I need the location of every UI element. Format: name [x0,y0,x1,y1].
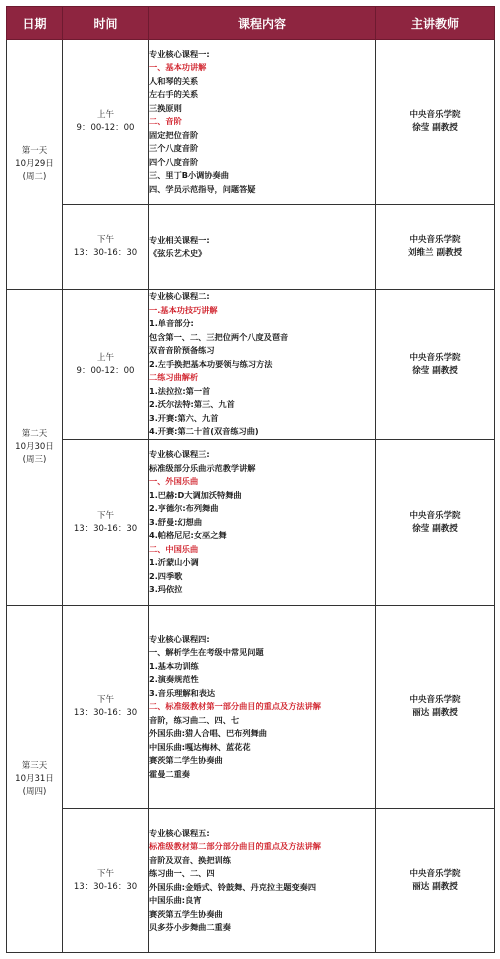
course-item: 赛茨第二学生协奏曲 [149,754,375,768]
course-item: 2.亨德尔:布列舞曲 [149,502,375,516]
section-heading: 二练习曲解析 [149,371,375,385]
content-cell: 专业核心课程五:标准级教材第二部分部分曲目的重点及方法讲解音阶及双音、换把训练练… [149,809,376,953]
time-range: 9：00-12：00 [63,365,148,378]
section-heading: 标准级教材第二部分部分曲目的重点及方法讲解 [149,840,375,854]
section-heading: 一、外国乐曲 [149,475,375,489]
session-row: 第二天 10月30日 (周三) 上午 9：00-12：00 专业核心课程二:一.… [7,290,495,440]
day-cell: 第二天 10月30日 (周三) [7,290,63,606]
course-title: 专业相关课程一: [149,234,375,248]
course-item: 2.演奏规范性 [149,673,375,687]
content-cell: 专业核心课程二:一.基本功技巧讲解1.单音部分:包含第一、二、三把位两个八度及琶… [149,290,376,440]
teacher-cell: 中央音乐学院 丽达 副教授 [376,809,495,953]
header-time: 时间 [63,7,149,40]
course-item: 霍曼二重奏 [149,768,375,782]
course-item: 贝多芬小步舞曲二重奏 [149,921,375,935]
period: 上午 [63,109,148,122]
teacher-cell: 中央音乐学院 徐莹 副教授 [376,40,495,205]
institution: 中央音乐学院 [376,109,494,122]
course-item: 固定把位音阶 [149,129,375,143]
time-range: 9：00-12：00 [63,122,148,135]
course-item: 外国乐曲:金婚式、铃鼓舞、丹克拉主题变奏四 [149,881,375,895]
period: 下午 [63,868,148,881]
course-item: 4.帕格尼尼:女巫之舞 [149,529,375,543]
session-row: 下午 13：30-16：30 专业相关课程一:《弦乐艺术史》 中央音乐学院 刘维… [7,205,495,290]
course-schedule-table: 日期 时间 课程内容 主讲教师 第一天 10月29日 (周二) 上午 9：00-… [6,6,495,953]
course-title: 专业核心课程三: [149,448,375,462]
course-item: 标准级部分乐曲示范教学讲解 [149,462,375,476]
teacher-name: 丽达 副教授 [376,881,494,894]
session-row: 下午 13：30-16：30 专业核心课程三:标准级部分乐曲示范教学讲解一、外国… [7,440,495,606]
course-item: 3.音乐理解和表达 [149,687,375,701]
day-weekday: (周二) [7,171,62,184]
time-cell: 下午 13：30-16：30 [63,606,149,809]
session-row: 第一天 10月29日 (周二) 上午 9：00-12：00 专业核心课程一:一、… [7,40,495,205]
course-item: 四个八度音阶 [149,156,375,170]
teacher-name: 丽达 副教授 [376,707,494,720]
teacher-cell: 中央音乐学院 丽达 副教授 [376,606,495,809]
course-item: 一、解析学生在考级中常见问题 [149,646,375,660]
teacher-name: 徐莹 副教授 [376,365,494,378]
course-item: 1.巴赫:D大调加沃特舞曲 [149,489,375,503]
time-cell: 下午 13：30-16：30 [63,205,149,290]
session-row: 第三天 10月31日 (周四) 下午 13：30-16：30 专业核心课程四:一… [7,606,495,809]
period: 下午 [63,510,148,523]
teacher-cell: 中央音乐学院 徐莹 副教授 [376,440,495,606]
institution: 中央音乐学院 [376,352,494,365]
header-content: 课程内容 [149,7,376,40]
section-heading: 二、标准级教材第一部分曲目的重点及方法讲解 [149,700,375,714]
time-cell: 上午 9：00-12：00 [63,40,149,205]
course-item: 赛茨第五学生协奏曲 [149,908,375,922]
time-cell: 下午 13：30-16：30 [63,440,149,606]
teacher-cell: 中央音乐学院 徐莹 副教授 [376,290,495,440]
section-heading: 二、音阶 [149,115,375,129]
content-cell: 专业核心课程四:一、解析学生在考级中常见问题1.基本功训练2.演奏规范性3.音乐… [149,606,376,809]
time-cell: 上午 9：00-12：00 [63,290,149,440]
course-title: 专业核心课程四: [149,633,375,647]
course-item: 包含第一、二、三把位两个八度及琶音 [149,331,375,345]
section-heading: 一.基本功技巧讲解 [149,304,375,318]
course-item: 中国乐曲:良宵 [149,894,375,908]
day-name: 第一天 [7,145,62,158]
institution: 中央音乐学院 [376,694,494,707]
teacher-name: 徐莹 副教授 [376,122,494,135]
course-item: 1.法拉拉:第一首 [149,385,375,399]
period: 下午 [63,694,148,707]
course-item: 《弦乐艺术史》 [149,247,375,261]
section-heading: 一、基本功讲解 [149,61,375,75]
day-date: 10月31日 [7,773,62,786]
day-weekday: (周四) [7,786,62,799]
course-item: 三个八度音阶 [149,142,375,156]
time-range: 13：30-16：30 [63,247,148,260]
course-item: 练习曲一、二、四 [149,867,375,881]
content-cell: 专业核心课程三:标准级部分乐曲示范教学讲解一、外国乐曲1.巴赫:D大调加沃特舞曲… [149,440,376,606]
time-range: 13：30-16：30 [63,523,148,536]
course-item: 人和琴的关系 [149,75,375,89]
day-weekday: (周三) [7,454,62,467]
period: 上午 [63,352,148,365]
day-date: 10月30日 [7,441,62,454]
day-cell: 第一天 10月29日 (周二) [7,40,63,290]
teacher-name: 徐莹 副教授 [376,523,494,536]
period: 下午 [63,234,148,247]
course-item: 三换原则 [149,102,375,116]
course-item: 3.开赛:第六、九首 [149,412,375,426]
course-item: 3.舒曼:幻想曲 [149,516,375,530]
header-teacher: 主讲教师 [376,7,495,40]
course-item: 3.玛依拉 [149,583,375,597]
day-name: 第二天 [7,428,62,441]
time-cell: 下午 13：30-16：30 [63,809,149,953]
course-title: 专业核心课程五: [149,827,375,841]
institution: 中央音乐学院 [376,234,494,247]
course-item: 音阶及双音、换把训练 [149,854,375,868]
institution: 中央音乐学院 [376,510,494,523]
course-item: 2.四季歌 [149,570,375,584]
course-item: 1.沂蒙山小调 [149,556,375,570]
day-date: 10月29日 [7,158,62,171]
course-item: 双音音阶预备练习 [149,344,375,358]
time-range: 13：30-16：30 [63,707,148,720]
course-item: 中国乐曲:嘎达梅林、蓝花花 [149,741,375,755]
day-name: 第三天 [7,760,62,773]
course-item: 2.沃尔法特:第三、九首 [149,398,375,412]
content-cell: 专业核心课程一:一、基本功讲解人和琴的关系左右手的关系三换原则二、音阶固定把位音… [149,40,376,205]
course-title: 专业核心课程一: [149,48,375,62]
time-range: 13：30-16：30 [63,881,148,894]
institution: 中央音乐学院 [376,868,494,881]
course-item: 音阶，练习曲二、四、七 [149,714,375,728]
teacher-name: 刘维兰 副教授 [376,247,494,260]
course-item: 三、里丁B小调协奏曲 [149,169,375,183]
course-item: 4.开赛:第二十首(双音练习曲) [149,425,375,439]
day-cell: 第三天 10月31日 (周四) [7,606,63,953]
session-row: 下午 13：30-16：30 专业核心课程五:标准级教材第二部分部分曲目的重点及… [7,809,495,953]
header-date: 日期 [7,7,63,40]
course-item: 1.基本功训练 [149,660,375,674]
section-heading: 二、中国乐曲 [149,543,375,557]
course-title: 专业核心课程二: [149,290,375,304]
course-item: 1.单音部分: [149,317,375,331]
course-item: 左右手的关系 [149,88,375,102]
course-item: 外国乐曲:猎人合唱、巴布列舞曲 [149,727,375,741]
content-cell: 专业相关课程一:《弦乐艺术史》 [149,205,376,290]
teacher-cell: 中央音乐学院 刘维兰 副教授 [376,205,495,290]
course-item: 2.左手换把基本功要领与练习方法 [149,358,375,372]
header-row: 日期 时间 课程内容 主讲教师 [7,7,495,40]
course-item: 四、学员示范指导，问题答疑 [149,183,375,197]
